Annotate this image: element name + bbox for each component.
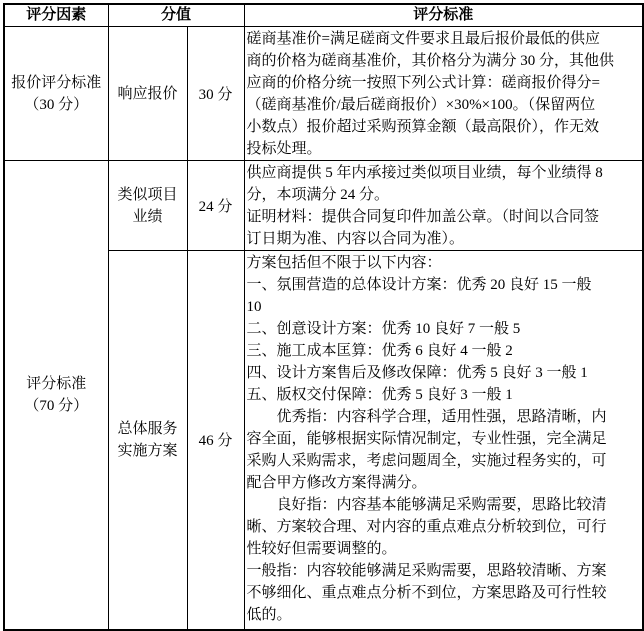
text-line: 10 xyxy=(247,296,642,318)
text-line: 优秀指：内容科学合理，适用性强，思路清晰，内 xyxy=(247,406,642,428)
table-header-row: 评分因素 分值 评分标准 xyxy=(4,4,643,27)
text-line: 二、创意设计方案：优秀 10 良好 7 一般 5 xyxy=(247,318,642,340)
text-line: 类似项目 xyxy=(109,184,187,206)
text-line: 应商的价格分统一按照下列公式计算：磋商报价得分= xyxy=(247,72,642,94)
criteria-cell-responsive-quote: 磋商基准价=满足磋商文件要求且最后报价最低的供应商的价格为磋商基准价，其价格分为… xyxy=(244,27,643,161)
column-header-scoring-criteria: 评分标准 xyxy=(244,4,643,27)
scoring-criteria-table: 评分因素 分值 评分标准 报价评分标准（30 分） 响应报价 30 分 磋商基准… xyxy=(3,3,644,631)
text-line: 性较好但需要调整的。 xyxy=(247,538,642,560)
text-line: （30 分） xyxy=(5,94,108,116)
text-line: 不够细化、重点难点分析不到位，方案思路及可行性较 xyxy=(247,582,642,604)
item-cell-service-plan: 总体服务实施方案 xyxy=(108,251,187,630)
text-line: 良好指：内容基本能够满足采购需要，思路比较清 xyxy=(247,494,642,516)
text-line: 证明材料：提供合同复印件加盖公章。（时间以合同签 xyxy=(247,206,642,228)
criteria-cell-service-plan: 方案包括但不限于以下内容：一、氛围营造的总体设计方案：优秀 20 良好 15 一… xyxy=(244,251,643,630)
text-line: 供应商提供 5 年内承接过类似项目业绩，每个业绩得 8 xyxy=(247,162,642,184)
item-cell-similar-projects: 类似项目业绩 xyxy=(108,161,187,251)
text-line: 一、氛围营造的总体设计方案：优秀 20 良好 15 一般 xyxy=(247,274,642,296)
text-line: 小数点）报价超过采购预算金额（最高限价），作无效 xyxy=(247,116,642,138)
text-line: 商的价格为磋商基准价，其价格分为满分 30 分，其他供 xyxy=(247,50,642,72)
text-line: 分，本项满分 24 分。 xyxy=(247,184,642,206)
text-line: 评分标准 xyxy=(5,373,108,395)
score-cell-responsive-quote: 30 分 xyxy=(187,27,244,161)
factor-cell-scoring-standard: 评分标准（70 分） xyxy=(4,161,108,630)
text-line: 投标处理。 xyxy=(247,138,642,160)
table-row-price-scoring: 报价评分标准（30 分） 响应报价 30 分 磋商基准价=满足磋商文件要求且最后… xyxy=(4,27,643,161)
criteria-cell-similar-projects: 供应商提供 5 年内承接过类似项目业绩，每个业绩得 8分，本项满分 24 分。证… xyxy=(244,161,643,251)
text-line: （70 分） xyxy=(5,395,108,417)
item-cell-responsive-quote: 响应报价 xyxy=(108,27,187,161)
text-line: 实施方案 xyxy=(109,440,187,462)
text-line: 一般指：内容较能够满足采购需要，思路较清晰、方案 xyxy=(247,560,642,582)
score-cell-similar-projects: 24 分 xyxy=(187,161,244,251)
text-line: 业绩 xyxy=(109,206,187,228)
text-line: 配合甲方修改方案得满分。 xyxy=(247,472,642,494)
text-line: 响应报价 xyxy=(109,83,187,105)
text-line: 报价评分标准 xyxy=(5,72,108,94)
column-header-scoring-factor: 评分因素 xyxy=(4,4,108,27)
text-line: 四、设计方案售后及修改保障：优秀 5 良好 3 一般 1 xyxy=(247,362,642,384)
table-row-similar-projects: 评分标准（70 分） 类似项目业绩 24 分 供应商提供 5 年内承接过类似项目… xyxy=(4,161,643,251)
text-line: 订日期为准、内容以合同为准）。 xyxy=(247,228,642,250)
text-line: 采购人采购需求，考虑问题周全，实施过程务实的，可 xyxy=(247,450,642,472)
text-line: 容全面，能够根据实际情况制定，专业性强，完全满足 xyxy=(247,428,642,450)
factor-cell-price-scoring: 报价评分标准（30 分） xyxy=(4,27,108,161)
text-line: 五、版权交付保障：优秀 5 良好 3 一般 1 xyxy=(247,384,642,406)
text-line: 三、施工成本匡算：优秀 6 良好 4 一般 2 xyxy=(247,340,642,362)
text-line: （磋商基准价/最后磋商报价）×30%×100。（保留两位 xyxy=(247,94,642,116)
score-cell-service-plan: 46 分 xyxy=(187,251,244,630)
column-header-score-value: 分值 xyxy=(108,4,244,27)
text-line: 方案包括但不限于以下内容： xyxy=(247,252,642,274)
text-line: 总体服务 xyxy=(109,418,187,440)
text-line: 晰、方案较合理、对内容的重点难点分析较到位，可行 xyxy=(247,516,642,538)
text-line: 磋商基准价=满足磋商文件要求且最后报价最低的供应 xyxy=(247,28,642,50)
text-line: 低的。 xyxy=(247,604,642,626)
